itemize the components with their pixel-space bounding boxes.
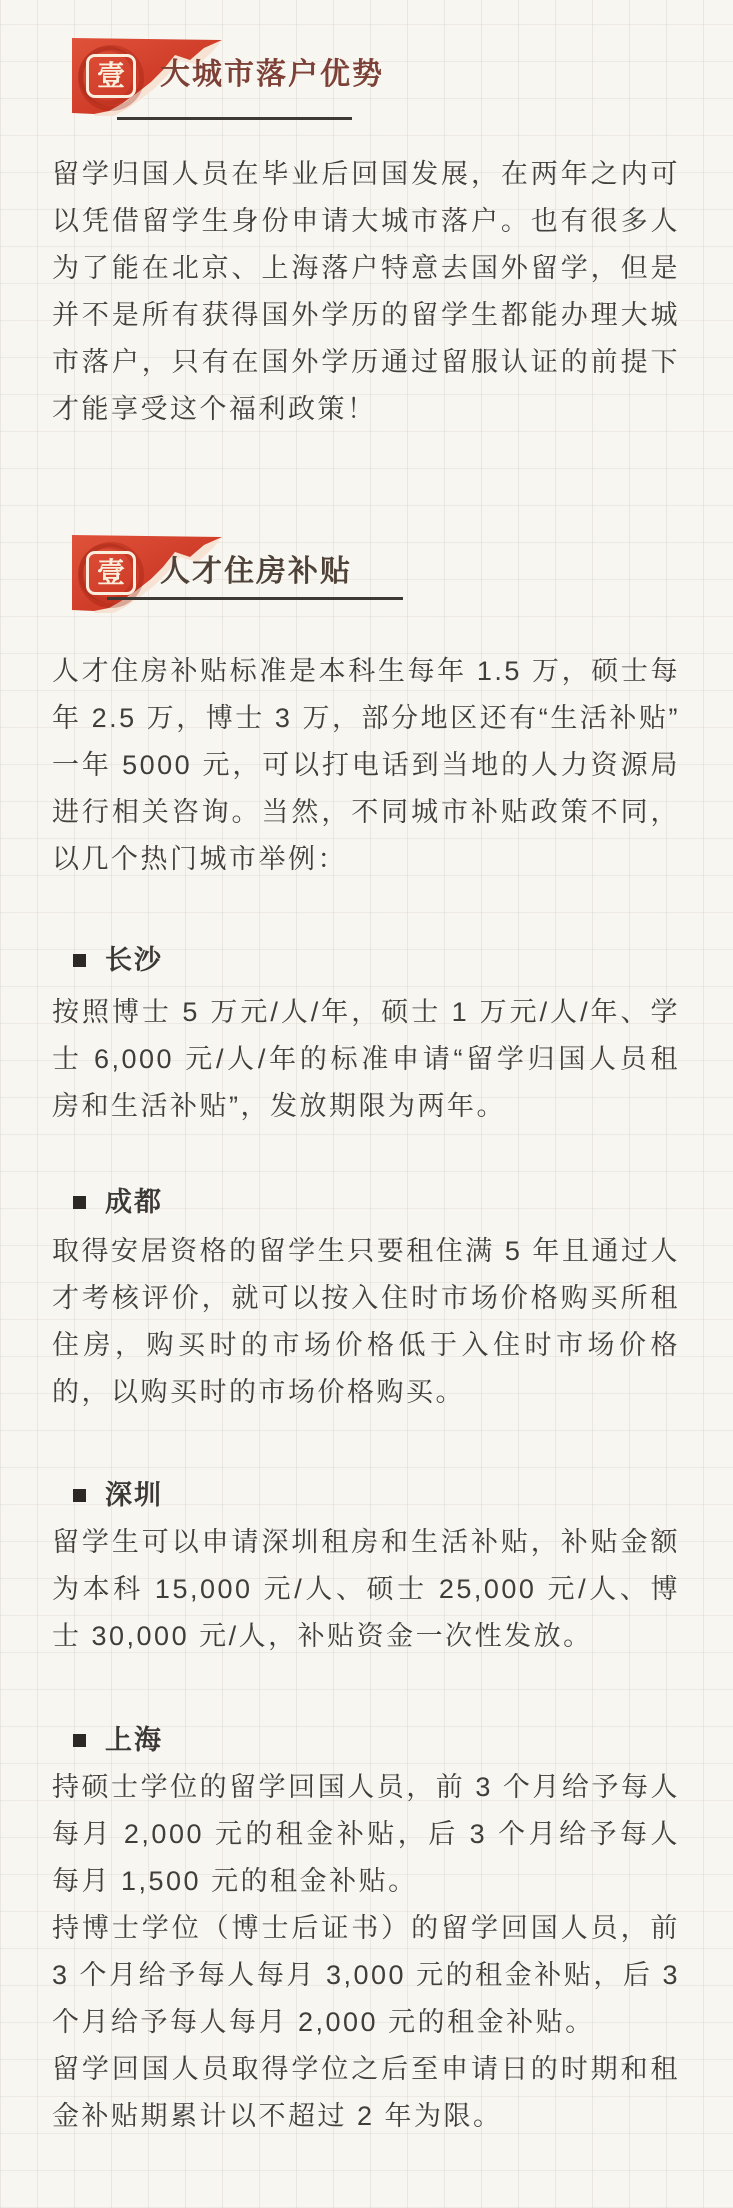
city-body-changsha: 按照博士 5 万元/人/年，硕士 1 万元/人/年、学士 6,000 元/人/年… — [52, 989, 680, 1130]
article-page: 壹 大城市落户优势 留学归国人员在毕业后回国发展，在两年之内可以凭借留学生身份申… — [0, 0, 733, 2208]
badge-yi: 壹 — [86, 551, 136, 595]
city-name: 成都 — [105, 1186, 163, 1218]
bullet-square-icon — [73, 954, 86, 967]
city-header-changsha: 长沙 — [73, 944, 163, 976]
city-name: 深圳 — [105, 1479, 163, 1511]
city-body-chengdu: 取得安居资格的留学生只要租住满 5 年且通过人才考核评价，就可以按入住时市场价格… — [52, 1228, 680, 1416]
bullet-square-icon — [73, 1489, 86, 1502]
section-banner-housing: 壹 人才住房补贴 — [70, 530, 430, 625]
intro-paragraph: 留学归国人员在毕业后回国发展，在两年之内可以凭借留学生身份申请大城市落户。也有很… — [52, 151, 680, 433]
city-body-shanghai: 持硕士学位的留学回国人员，前 3 个月给予每人每月 2,000 元的租金补贴，后… — [52, 1764, 680, 2140]
shanghai-paragraph-limit: 留学回国人员取得学位之后至申请日的时期和租金补贴期累计以不超过 2 年为限。 — [52, 2046, 680, 2140]
city-name: 长沙 — [105, 944, 163, 976]
section-title-housing: 人才住房补贴 — [160, 555, 352, 589]
section-banner-intro: 壹 大城市落户优势 — [70, 33, 430, 128]
shanghai-paragraph-phd: 持博士学位（博士后证书）的留学回国人员，前 3 个月给予每人每月 3,000 元… — [52, 1905, 680, 2046]
city-header-chengdu: 成都 — [73, 1186, 163, 1218]
city-header-shenzhen: 深圳 — [73, 1479, 163, 1511]
shanghai-paragraph-master: 持硕士学位的留学回国人员，前 3 个月给予每人每月 2,000 元的租金补贴，后… — [52, 1764, 680, 1905]
section-title-intro: 大城市落户优势 — [160, 58, 384, 92]
title-underline — [117, 117, 352, 120]
bullet-square-icon — [73, 1196, 86, 1209]
title-underline — [107, 597, 403, 600]
city-body-shenzhen: 留学生可以申请深圳租房和生活补贴，补贴金额为本科 15,000 元/人、硕士 2… — [52, 1519, 680, 1660]
housing-paragraph: 人才住房补贴标准是本科生每年 1.5 万，硕士每年 2.5 万，博士 3 万，部… — [52, 648, 680, 883]
badge-yi: 壹 — [86, 54, 136, 98]
city-header-shanghai: 上海 — [73, 1724, 163, 1756]
city-name: 上海 — [105, 1724, 163, 1756]
bullet-square-icon — [73, 1734, 86, 1747]
